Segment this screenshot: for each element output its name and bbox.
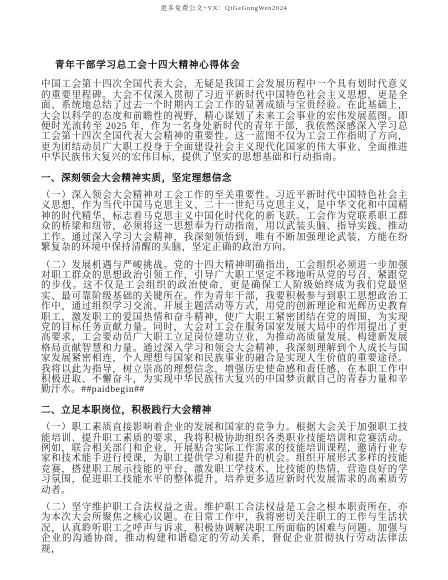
section-heading-1: 一、深刻领会大会精神实质，坚定理想信念 [41,174,408,184]
paragraph-1-1: （一）深入领会大会精神对工会工作的至关重要性。习近平新时代中国特色社会主义思想，… [41,191,408,253]
document-title: 青年干部学习总工会十四大精神心得体会 [41,61,408,71]
document-content: 青年干部学习总工会十四大精神心得体会 中国工会第十四次全国代表大会，无疑是我国工… [41,61,408,555]
paragraph-2-2: （二）坚守维护职工合法权益之责。维护职工合法权益是工会之根本职责所在，亦为本次大… [41,503,408,555]
document-page: 更多免费公文+VX：QiGeGongWen2024 青年干部学习总工会十四大精神… [0,0,448,580]
section-heading-2: 二、立足本职岗位，积极践行大会精神 [41,406,408,416]
paragraph-2-1: （一）职工素质直接影响着企业的发展和国家的竞争力。根据大会关于加强职工技能培训、… [41,423,408,496]
watermark-header: 更多免费公文+VX：QiGeGongWen2024 [0,0,448,12]
paragraph-intro: 中国工会第十四次全国代表大会，无疑是我国工会发展历程中一个具有划时代意义的重要里… [41,80,408,163]
paragraph-1-2: （二）发展机遇与严峻挑战。党的十四大精神明确指出，工会组织必须进一步加强对职工群… [41,261,408,396]
